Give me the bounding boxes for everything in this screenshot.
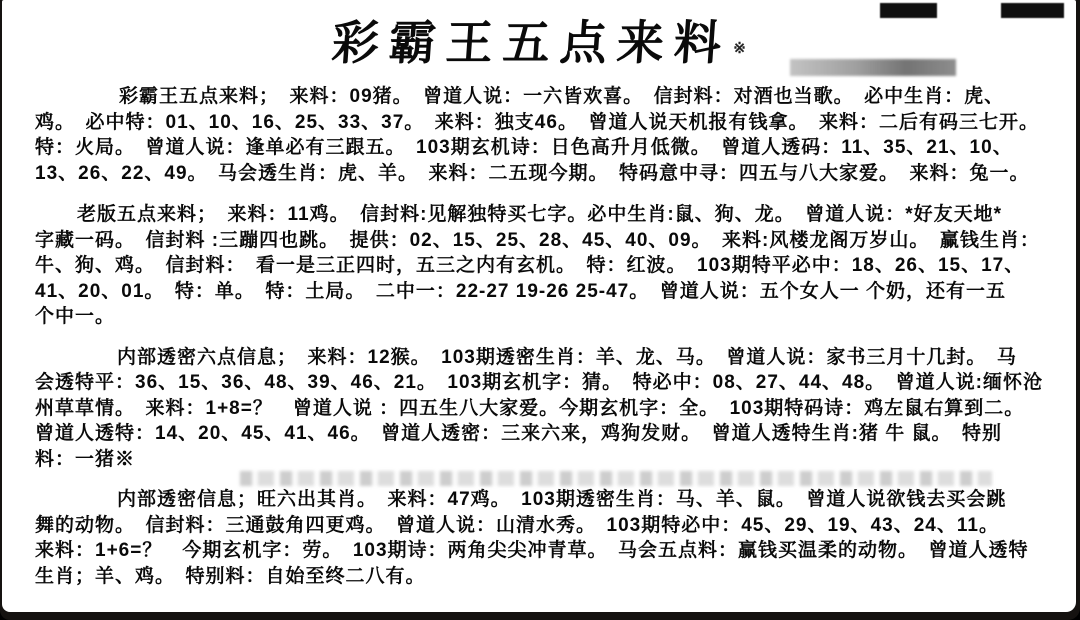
text-line: 个中一。 bbox=[35, 304, 1046, 330]
text-line: 料：一猪※ bbox=[35, 447, 1046, 473]
title-mark: ※ bbox=[733, 39, 746, 57]
text-line: 13、26、22、49。 马会透生肖：虎、羊。 来料：二五现今期。 特码意中寻：… bbox=[35, 161, 1046, 187]
text-line: 彩霸王五点来料； 来料：09猪。 曾道人说：一六皆欢喜。 信封料：对酒也当歌。 … bbox=[35, 84, 1046, 110]
section-neibu-toumi: 内部透密信息；旺六出其肖。 来料：47鸡。 103期透密生肖：马、羊、鼠。 曾道… bbox=[35, 487, 1046, 589]
text-line: 州草草情。 来料：1+8=？ 曾道人说 ：四五生八大家爱。今期玄机字：全。 10… bbox=[35, 396, 1046, 422]
text-line: 鸡。 必中特：01、10、16、25、33、37。 来料：独支46。 曾道人说天… bbox=[35, 110, 1046, 136]
section-neibu-liudian: 内部透密六点信息； 来料：12猴。 103期透密生肖：羊、龙、马。 曾道人说：家… bbox=[35, 345, 1046, 473]
text-line: 特：火局。 曾道人说：逢单必有三跟五。 103期玄机诗：日色高升月低微。 曾道人… bbox=[35, 135, 1046, 161]
text-line: 来料：1+6=？ 今期玄机字：劳。 103期诗：两角尖尖冲青草。 马会五点料：赢… bbox=[35, 538, 1046, 564]
text-line: 41、20、01。 特：单。 特：土局。 二中一：22-27 19-26 25-… bbox=[35, 279, 1046, 305]
text-line: 老版五点来料； 来料：11鸡。 信封料:见解独特买七字。必中生肖:鼠、狗、龙。 … bbox=[35, 202, 1046, 228]
text-line: 曾道人透特：14、20、45、41、46。 曾道人透密：三来六来，鸡狗发财。 曾… bbox=[35, 421, 1046, 447]
text-line: 舞的动物。 信封料：三通鼓角四更鸡。 曾道人说：山清水秀。 103期特必中：45… bbox=[35, 513, 1046, 539]
ink-smudge bbox=[790, 59, 956, 76]
section-laoban-wudian: 老版五点来料； 来料：11鸡。 信封料:见解独特买七字。必中生肖:鼠、狗、龙。 … bbox=[35, 202, 1046, 330]
text-line: 内部透密六点信息； 来料：12猴。 103期透密生肖：羊、龙、马。 曾道人说：家… bbox=[35, 345, 1046, 371]
ghost-text-artifact bbox=[240, 471, 992, 486]
text-line: 字藏一码。 信封料 :三蹦四也跳。 提供：02、15、25、28、45、40、0… bbox=[35, 228, 1046, 254]
page-title: 彩霸王五点来料 bbox=[330, 14, 733, 72]
text-line: 牛、狗、鸡。 信封料： 看一是三正四时，五三之内有玄机。 特：红波。 103期特… bbox=[35, 253, 1046, 279]
text-line: 会透特平：36、15、36、48、39、46、21。 103期玄机字：猜。 特必… bbox=[35, 370, 1046, 396]
section-caibawang-wudian: 彩霸王五点来料； 来料：09猪。 曾道人说：一六皆欢喜。 信封料：对酒也当歌。 … bbox=[35, 84, 1046, 186]
scan-frame: 彩霸王五点来料※ 彩霸王五点来料； 来料：09猪。 曾道人说：一六皆欢喜。 信封… bbox=[0, 0, 1080, 620]
body-paragraphs: 彩霸王五点来料； 来料：09猪。 曾道人说：一六皆欢喜。 信封料：对酒也当歌。 … bbox=[2, 72, 1076, 589]
text-line: 生肖；羊、鸡。 特别料：自始至终二八有。 bbox=[35, 564, 1046, 590]
text-line: 内部透密信息；旺六出其肖。 来料：47鸡。 103期透密生肖：马、羊、鼠。 曾道… bbox=[35, 487, 1046, 513]
redaction-bar bbox=[880, 3, 937, 18]
redaction-bar bbox=[1001, 3, 1064, 18]
paper-page: 彩霸王五点来料※ 彩霸王五点来料； 来料：09猪。 曾道人说：一六皆欢喜。 信封… bbox=[2, 0, 1076, 612]
